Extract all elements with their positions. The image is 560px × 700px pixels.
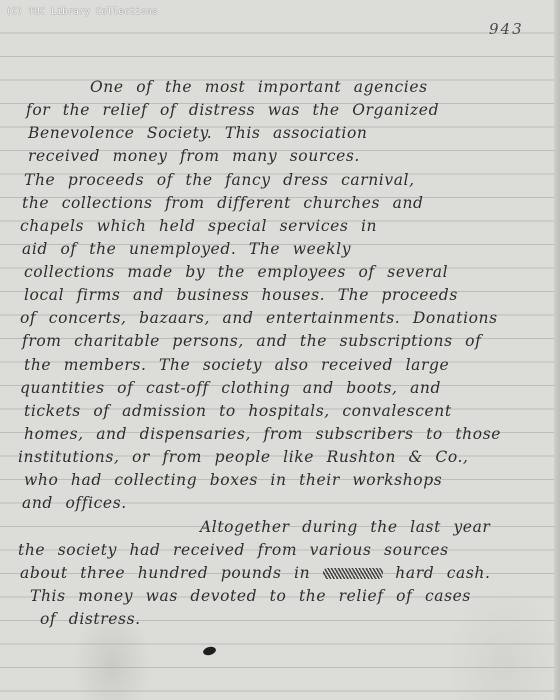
text-line: homes, and dispensaries, from subscriber… (24, 425, 501, 449)
text-line: One of the most important agencies (90, 78, 428, 102)
text-line: Benevolence Society. This association (28, 124, 367, 148)
text-line: This money was devoted to the relief of … (30, 587, 471, 611)
text-line: the members. The society also received l… (24, 356, 449, 380)
manuscript-page: (C) TUC Library Collections 943 One of t… (0, 0, 560, 700)
page-edge (554, 0, 560, 700)
text-line: quantities of cast-off clothing and boot… (20, 379, 441, 403)
text-line: collections made by the employees of sev… (24, 263, 448, 287)
text-line: aid of the unemployed. The weekly (22, 240, 351, 264)
text-line: for the relief of distress was the Organ… (26, 101, 439, 125)
text-line: The proceeds of the fancy dress carnival… (24, 171, 415, 195)
text-line: local firms and business houses. The pro… (24, 286, 458, 310)
text-line: about three hundred pounds in hard cash. (20, 564, 491, 588)
ink-blot (202, 645, 217, 656)
text-line: of concerts, bazaars, and entertainments… (20, 309, 498, 333)
text-line: who had collecting boxes in their worksh… (24, 471, 442, 495)
text-line: institutions, or from people like Rushto… (18, 448, 469, 472)
text-line: chapels which held special services in (20, 217, 377, 241)
text-line: tickets of admission to hospitals, conva… (24, 402, 452, 426)
text-segment: hard cash. (395, 564, 490, 582)
text-segment: about three hundred pounds in (20, 564, 310, 582)
text-line: and offices. (22, 494, 127, 518)
text-line: received money from many sources. (28, 147, 360, 171)
page-number: 943 (489, 20, 524, 38)
copyright-watermark: (C) TUC Library Collections (6, 7, 158, 17)
text-line: of distress. (40, 610, 141, 634)
text-line: from charitable persons, and the subscri… (22, 332, 481, 356)
text-line: the society had received from various so… (18, 541, 449, 565)
text-line: Altogether during the last year (200, 518, 490, 542)
struck-out-word (323, 568, 383, 579)
text-line: the collections from different churches … (22, 194, 424, 218)
